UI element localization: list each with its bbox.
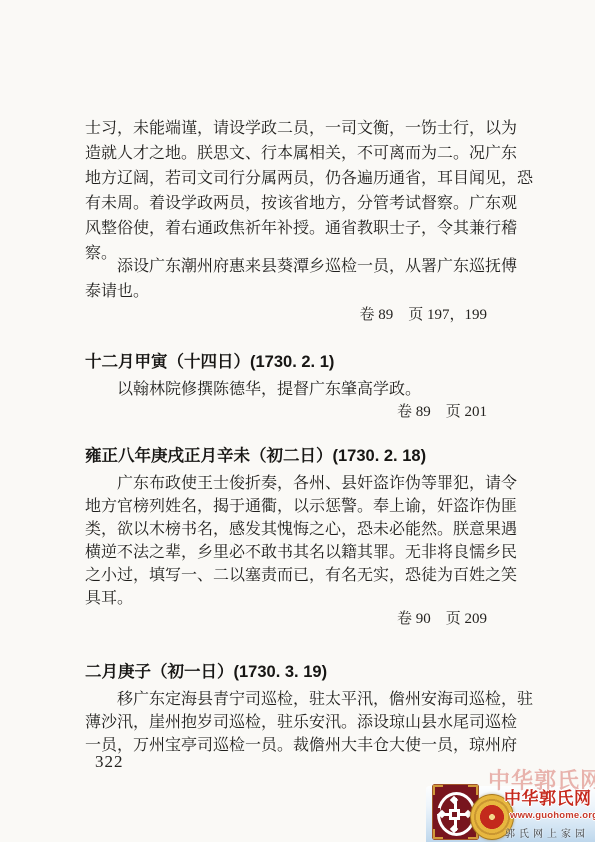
- site-name-text: 中华郭氏网: [504, 789, 592, 809]
- paragraph: 以翰林院修撰陈德华，提督广东肇高学政。: [85, 377, 521, 402]
- seal-center-emblem: [449, 809, 460, 820]
- volume-page-reference: 卷 89 页 197，199: [85, 306, 521, 324]
- text-line: 以翰林院修撰陈德华，提督广东肇高学政。: [85, 377, 521, 402]
- text-line: 一员，万州宝亭司巡检一员。裁儋州大丰仓大使一员，琼州府: [85, 734, 521, 757]
- entry-date-heading: 十二月甲寅（十四日）(1730. 2. 1): [85, 352, 521, 372]
- text-line: 广东布政使王士俊折奏，各州、县奸盗诈伪等罪犯，请令: [85, 472, 521, 495]
- site-tagline-text: 郭氏网上家园: [505, 825, 589, 840]
- text-line: 移广东定海县青宁司巡检，驻太平汛，儋州安海司巡检，驻: [85, 688, 521, 711]
- paragraph: 广东布政使王士俊折奏，各州、县奸盗诈伪等罪犯，请令 地方官榜列姓名，揭于通衢，以…: [85, 472, 521, 610]
- text-line: 具耳。: [85, 587, 521, 610]
- seal-corner-ornament: [468, 785, 478, 795]
- text-line: 添设广东潮州府惠来县葵潭乡巡检一员，从署广东巡抚傅: [85, 254, 521, 279]
- text-line: 士习，未能端谨，请设学政二员，一司文衡，一饬士行，以为: [85, 116, 521, 141]
- paragraph: 添设广东潮州府惠来县葵潭乡巡检一员，从署广东巡抚傅 泰请也。: [85, 254, 521, 304]
- seal-corner-ornament: [433, 785, 443, 795]
- paragraph: 移广东定海县青宁司巡检，驻太平汛，儋州安海司巡检，驻 薄沙汛，崖州抱岁司巡检，驻…: [85, 688, 521, 757]
- volume-page-reference: 卷 90 页 209: [85, 610, 521, 628]
- text-line: 地方辽阔，若司文司行分属两员，仍各遍历通省，耳目闻见，恐: [85, 166, 521, 191]
- text-line: 有未周。着设学政两员，按该省地方，分管考试督察。广东观: [85, 191, 521, 216]
- text-line: 造就人才之地。朕思文、行本属相关，不可离而为二。况广东: [85, 141, 521, 166]
- volume-page-reference: 卷 89 页 201: [85, 403, 521, 421]
- site-url-text: www.guohome.org: [510, 810, 595, 821]
- text-line: 类，欲以木榜书名，感发其愧悔之心，恐未必能然。朕意果遇: [85, 518, 521, 541]
- entry-date-heading: 二月庚子（初一日）(1730. 3. 19): [85, 662, 521, 682]
- text-line: 横逆不法之辈，乡里必不敢书其名以籍其罪。无非将良懦乡民: [85, 541, 521, 564]
- text-line: 风整俗使，着右通政焦祈年补授。通省教职士子，令其兼行稽: [85, 216, 521, 241]
- paragraph-continued: 士习，未能端谨，请设学政二员，一司文衡，一饬士行，以为 造就人才之地。朕思文、行…: [85, 116, 521, 266]
- seal-corner-ornament: [433, 829, 443, 839]
- book-page: 士习，未能端谨，请设学政二员，一司文衡，一饬士行，以为 造就人才之地。朕思文、行…: [0, 0, 595, 842]
- text-line: 之小过，填写一、二以塞责而已，有名无实，恐徒为百姓之笑: [85, 564, 521, 587]
- text-line: 地方官榜列姓名，揭于通衢，以示惩警。奉上谕，奸盗诈伪匪: [85, 495, 521, 518]
- text-line: 泰请也。: [85, 279, 521, 304]
- page-number: 322: [95, 752, 124, 772]
- entry-date-heading: 雍正八年庚戌正月辛未（初二日）(1730. 2. 18): [85, 446, 521, 466]
- text-line: 薄沙汛，崖州抱岁司巡检，驻乐安汛。添设琼山县水尾司巡检: [85, 711, 521, 734]
